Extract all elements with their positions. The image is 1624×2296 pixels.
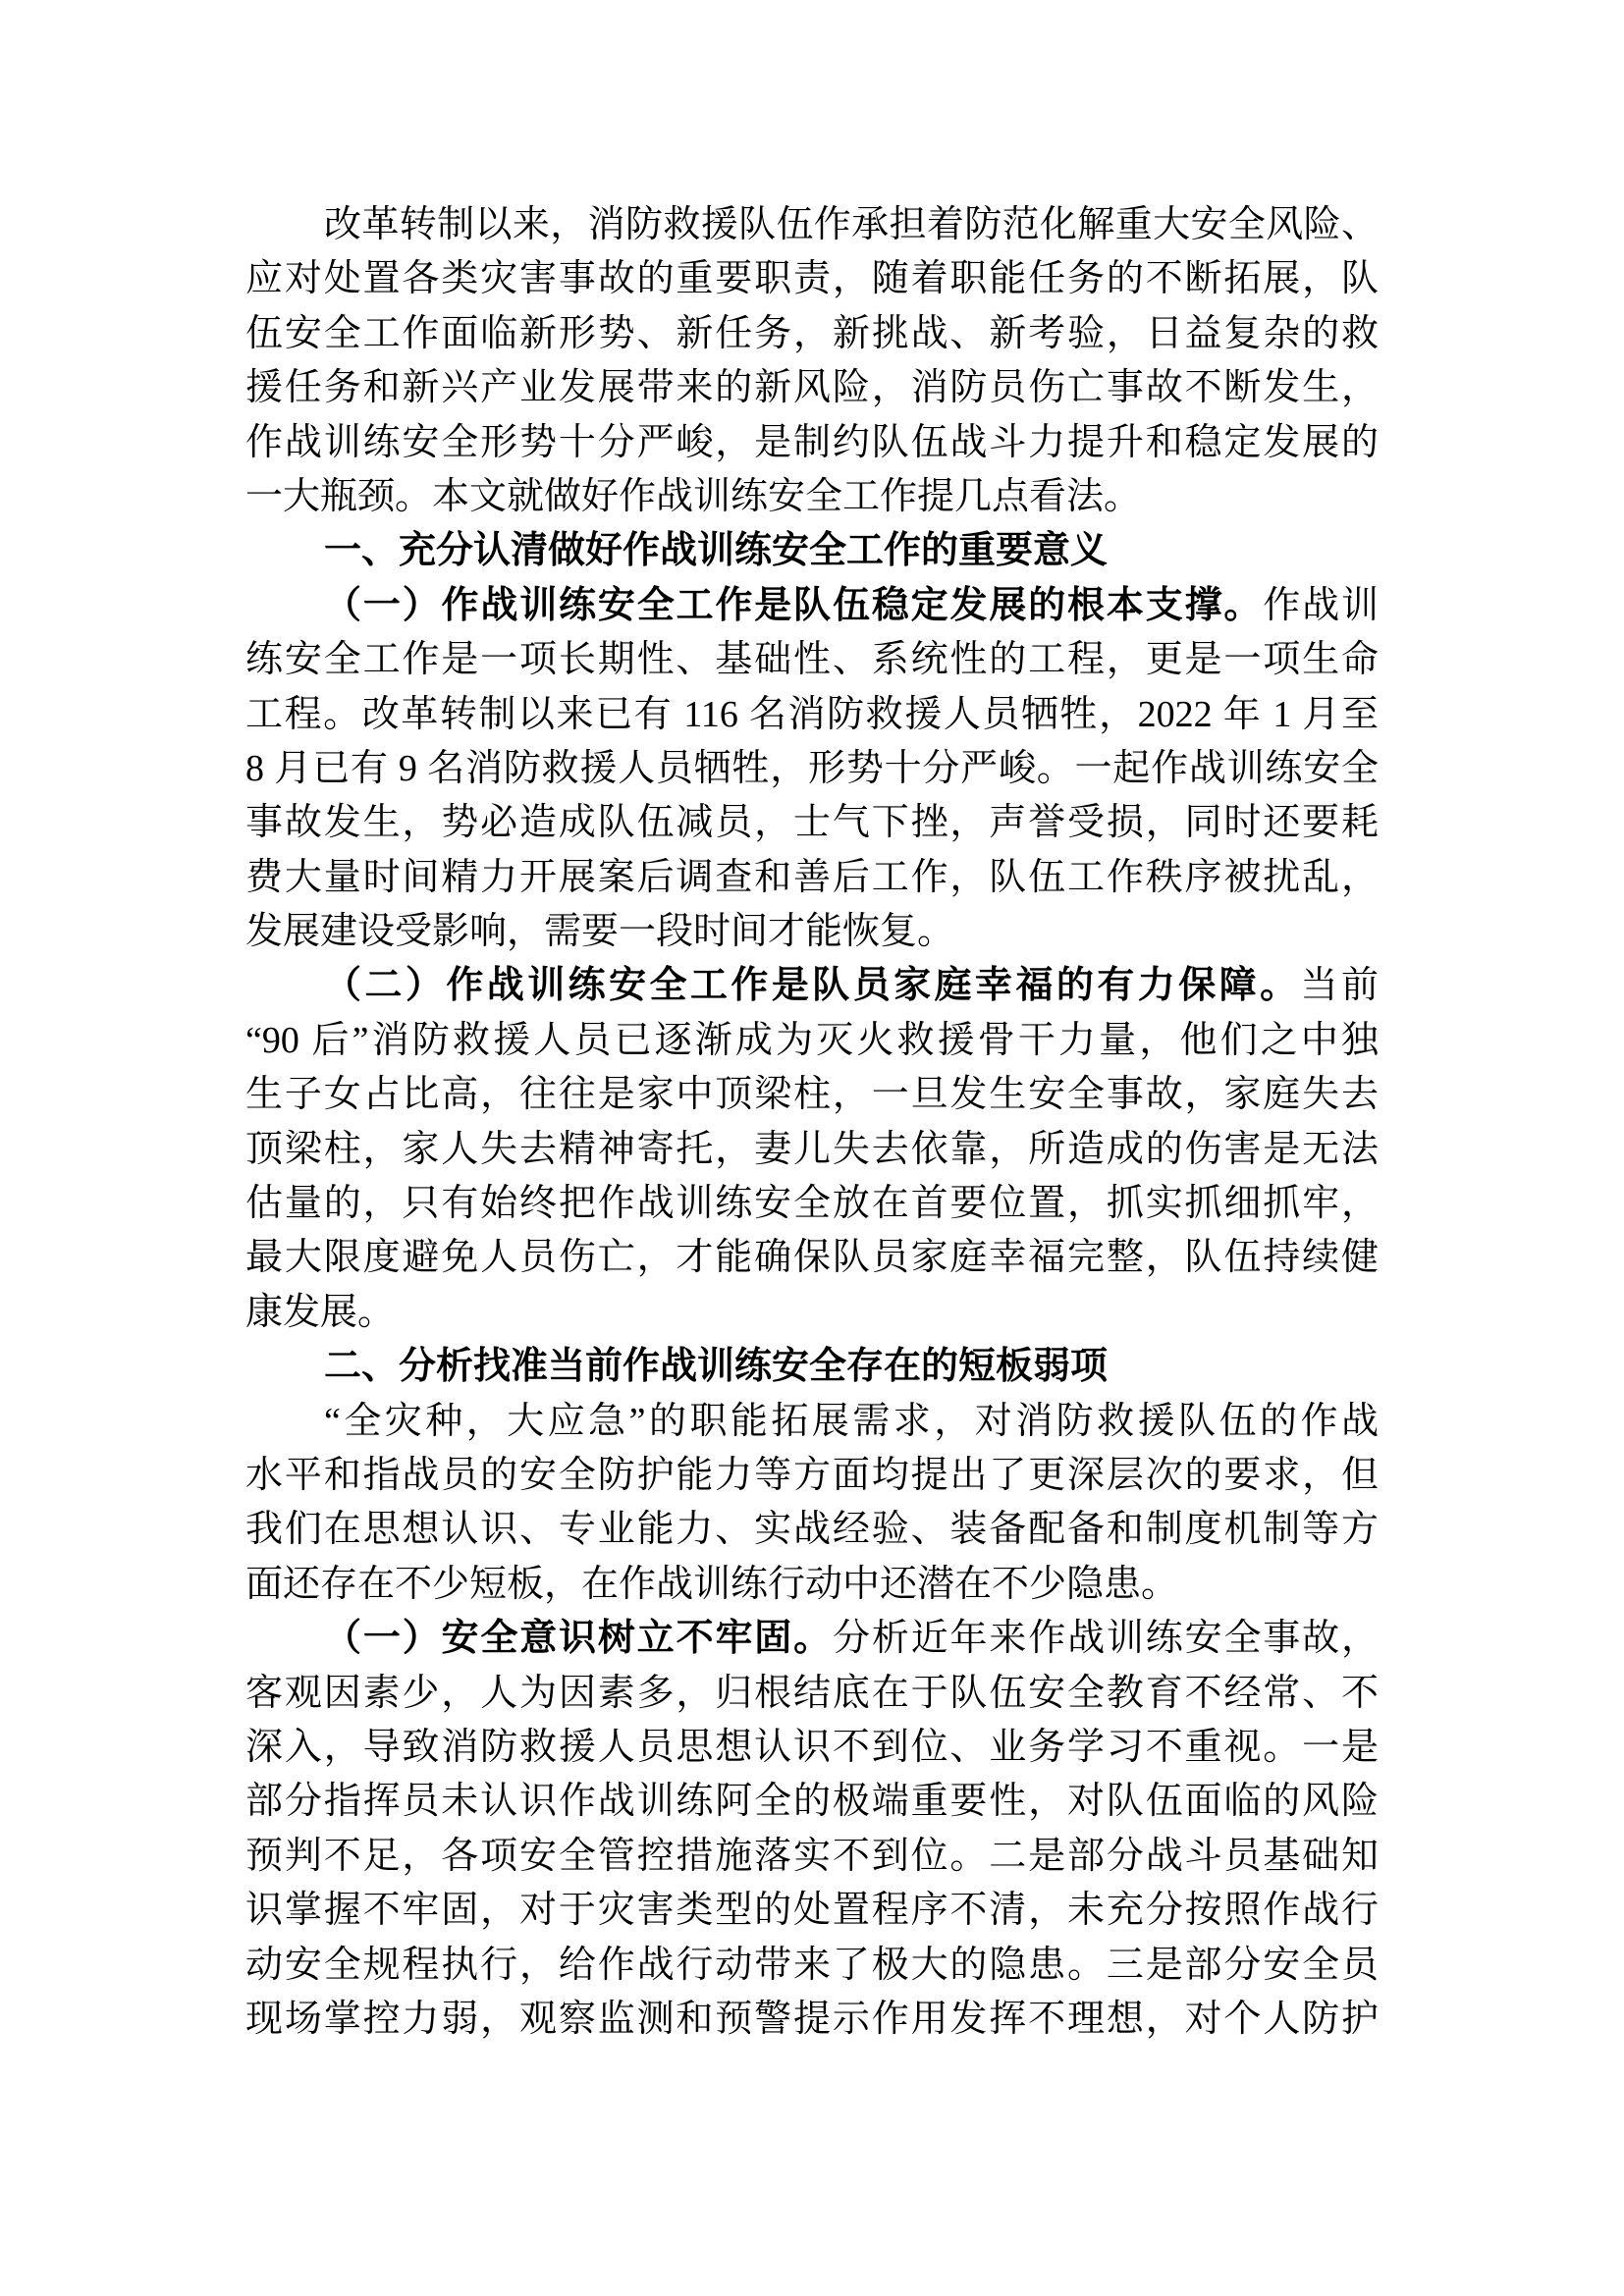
text-line: （二）作战训练安全工作是队员家庭幸福的有力保障。当前 (245, 959, 1379, 1013)
text-line: 现场掌控力弱，观察监测和预警提示作用发挥不理想，对个人防护 (245, 1993, 1379, 2047)
para-2-intro: “全灾种，大应急”的职能拓展需求，对消防救援队伍的作战水平和指战员的安全防护能力… (245, 1395, 1379, 1613)
text-line: 识掌握不牢固，对于灾害类型的处置程序不清，未充分按照作战行 (245, 1884, 1379, 1938)
text-run: 客观因素少，人为因素多，归根结底在于队伍安全教育不经常、不 (245, 1673, 1379, 1714)
text-line: 费大量时间精力开展案后调查和善后工作，队伍工作秩序被扰乱， (245, 851, 1379, 905)
bold-text-run: 一、充分认清做好作战训练安全工作的重要意义 (324, 530, 1108, 571)
text-line: （一）安全意识树立不牢固。分析近年来作战训练安全事故， (245, 1612, 1379, 1666)
document-page: 改革转制以来，消防救援队伍作承担着防范化解重大安全风险、应对处置各类灾害事故的重… (0, 0, 1624, 2296)
text-run: 援任务和新兴产业发展带来的新风险，消防员伤亡事故不断发生， (245, 367, 1379, 408)
text-line: 改革转制以来，消防救援队伍作承担着防范化解重大安全风险、 (245, 198, 1379, 252)
text-run: “全灾种，大应急”的职能拓展需求，对消防救援队伍的作战 (324, 1401, 1379, 1442)
text-line: 深入，导致消防救援人员思想认识不到位、业务学习不重视。一是 (245, 1721, 1379, 1775)
text-line: 康发展。 (245, 1286, 1379, 1340)
bold-text-run: （二）作战训练安全工作是队员家庭幸福的有力保障。 (324, 965, 1301, 1006)
text-run: 一大瓶颈。本文就做好作战训练安全工作提几点看法。 (245, 476, 1141, 517)
text-line: 顶梁柱，家人失去精神寄托，妻儿失去依靠，所造成的伤害是无法 (245, 1123, 1379, 1177)
text-run: 水平和指战员的安全防护能力等方面均提出了更深层次的要求，但 (245, 1455, 1379, 1496)
text-line: 最大限度避免人员伤亡，才能确保队员家庭幸福完整，队伍持续健 (245, 1231, 1379, 1285)
text-run: 工程。改革转制以来已有 116 名消防救援人员牺牲，2022 年 1 月至 (245, 694, 1379, 735)
text-line: 生子女占比高，往往是家中顶梁柱，一旦发生安全事故，家庭失去 (245, 1068, 1379, 1122)
text-run: 发展建设受影响，需要一段时间才能恢复。 (245, 911, 954, 952)
text-line: 动安全规程执行，给作战行动带来了极大的隐患。三是部分安全员 (245, 1939, 1379, 1993)
text-line: 我们在思想认识、专业能力、实战经验、装备配备和制度机制等方 (245, 1503, 1379, 1557)
bold-text-run: （一）安全意识树立不牢固。 (324, 1618, 833, 1659)
section-2-heading: 二、分析找准当前作战训练安全存在的短板弱项 (245, 1340, 1379, 1394)
intro-paragraph: 改革转制以来，消防救援队伍作承担着防范化解重大安全风险、应对处置各类灾害事故的重… (245, 198, 1379, 524)
text-run: 分析近年来作战训练安全事故， (833, 1618, 1379, 1659)
para-1-2: （二）作战训练安全工作是队员家庭幸福的有力保障。当前“90 后”消防救援人员已逐… (245, 959, 1379, 1340)
section-1-heading: 一、充分认清做好作战训练安全工作的重要意义 (245, 524, 1379, 578)
text-run: 估量的，只有始终把作战训练安全放在首要位置，抓实抓细抓牢， (245, 1183, 1379, 1224)
text-run: 现场掌控力弱，观察监测和预警提示作用发挥不理想，对个人防护 (245, 1999, 1379, 2040)
para-2-1: （一）安全意识树立不牢固。分析近年来作战训练安全事故，客观因素少，人为因素多，归… (245, 1612, 1379, 2047)
text-run: 最大限度避免人员伤亡，才能确保队员家庭幸福完整，队伍持续健 (245, 1237, 1379, 1278)
text-run: 顶梁柱，家人失去精神寄托，妻儿失去依靠，所造成的伤害是无法 (245, 1129, 1379, 1170)
text-run: 识掌握不牢固，对于灾害类型的处置程序不清，未充分按照作战行 (245, 1890, 1379, 1931)
text-line: 预判不足，各项安全管控措施落实不到位。二是部分战斗员基础知 (245, 1830, 1379, 1884)
text-run: 预判不足，各项安全管控措施落实不到位。二是部分战斗员基础知 (245, 1836, 1379, 1877)
text-line: 水平和指战员的安全防护能力等方面均提出了更深层次的要求，但 (245, 1449, 1379, 1503)
text-run: 当前 (1301, 965, 1379, 1006)
text-run: 费大量时间精力开展案后调查和善后工作，队伍工作秩序被扰乱， (245, 857, 1379, 898)
text-line: 伍安全工作面临新形势、新任务，新挑战、新考验，日益复杂的救 (245, 307, 1379, 361)
text-run: 面还存在不少短板，在作战训练行动中还潜在不少隐患。 (245, 1564, 1178, 1605)
text-run: 练安全工作是一项长期性、基础性、系统性的工程，更是一项生命 (245, 639, 1379, 680)
bold-text-run: 二、分析找准当前作战训练安全存在的短板弱项 (324, 1346, 1108, 1387)
text-run: 康发展。 (245, 1292, 395, 1333)
text-run: “90 后”消防救援人员已逐渐成为灭火救援骨干力量，他们之中独 (245, 1020, 1379, 1061)
text-line: 援任务和新兴产业发展带来的新风险，消防员伤亡事故不断发生， (245, 361, 1379, 415)
text-line: 部分指挥员未认识作战训练阿全的极端重要性，对队伍面临的风险 (245, 1775, 1379, 1829)
text-run: 生子女占比高，往往是家中顶梁柱，一旦发生安全事故，家庭失去 (245, 1074, 1379, 1115)
text-line: 作战训练安全形势十分严峻，是制约队伍战斗力提升和稳定发展的 (245, 416, 1379, 470)
text-run: 8 月已有 9 名消防救援人员牺牲，形势十分严峻。一起作战训练安全 (245, 748, 1379, 789)
text-run: 事故发生，势必造成队伍减员，士气下挫，声誉受损，同时还要耗 (245, 802, 1379, 843)
text-line: 估量的，只有始终把作战训练安全放在首要位置，抓实抓细抓牢， (245, 1177, 1379, 1231)
text-line: 一、充分认清做好作战训练安全工作的重要意义 (245, 524, 1379, 578)
text-run: 部分指挥员未认识作战训练阿全的极端重要性，对队伍面临的风险 (245, 1781, 1379, 1822)
text-line: 发展建设受影响，需要一段时间才能恢复。 (245, 905, 1379, 959)
text-line: 面还存在不少短板，在作战训练行动中还潜在不少隐患。 (245, 1558, 1379, 1612)
bold-text-run: （一）作战训练安全工作是队伍稳定发展的根本支撑。 (324, 585, 1263, 626)
para-1-1: （一）作战训练安全工作是队伍稳定发展的根本支撑。作战训练安全工作是一项长期性、基… (245, 579, 1379, 960)
text-run: 伍安全工作面临新形势、新任务，新挑战、新考验，日益复杂的救 (245, 313, 1379, 354)
text-line: 一大瓶颈。本文就做好作战训练安全工作提几点看法。 (245, 470, 1379, 524)
text-line: “90 后”消防救援人员已逐渐成为灭火救援骨干力量，他们之中独 (245, 1014, 1379, 1068)
text-line: 练安全工作是一项长期性、基础性、系统性的工程，更是一项生命 (245, 633, 1379, 687)
text-run: 改革转制以来，消防救援队伍作承担着防范化解重大安全风险、 (324, 204, 1379, 245)
text-line: 二、分析找准当前作战训练安全存在的短板弱项 (245, 1340, 1379, 1394)
text-run: 应对处置各类灾害事故的重要职责，随着职能任务的不断拓展，队 (245, 258, 1379, 299)
text-run: 我们在思想认识、专业能力、实战经验、装备配备和制度机制等方 (245, 1509, 1379, 1550)
text-line: 8 月已有 9 名消防救援人员牺牲，形势十分严峻。一起作战训练安全 (245, 742, 1379, 796)
text-line: 客观因素少，人为因素多，归根结底在于队伍安全教育不经常、不 (245, 1667, 1379, 1721)
text-line: 工程。改革转制以来已有 116 名消防救援人员牺牲，2022 年 1 月至 (245, 688, 1379, 742)
text-run: 动安全规程执行，给作战行动带来了极大的隐患。三是部分安全员 (245, 1945, 1379, 1986)
text-run: 作战训 (1263, 585, 1379, 626)
text-line: “全灾种，大应急”的职能拓展需求，对消防救援队伍的作战 (245, 1395, 1379, 1449)
text-run: 深入，导致消防救援人员思想认识不到位、业务学习不重视。一是 (245, 1727, 1379, 1768)
text-run: 作战训练安全形势十分严峻，是制约队伍战斗力提升和稳定发展的 (245, 422, 1379, 463)
document-content: 改革转制以来，消防救援队伍作承担着防范化解重大安全风险、应对处置各类灾害事故的重… (245, 198, 1379, 2047)
text-line: （一）作战训练安全工作是队伍稳定发展的根本支撑。作战训 (245, 579, 1379, 633)
text-line: 事故发生，势必造成队伍减员，士气下挫，声誉受损，同时还要耗 (245, 796, 1379, 850)
text-line: 应对处置各类灾害事故的重要职责，随着职能任务的不断拓展，队 (245, 252, 1379, 306)
